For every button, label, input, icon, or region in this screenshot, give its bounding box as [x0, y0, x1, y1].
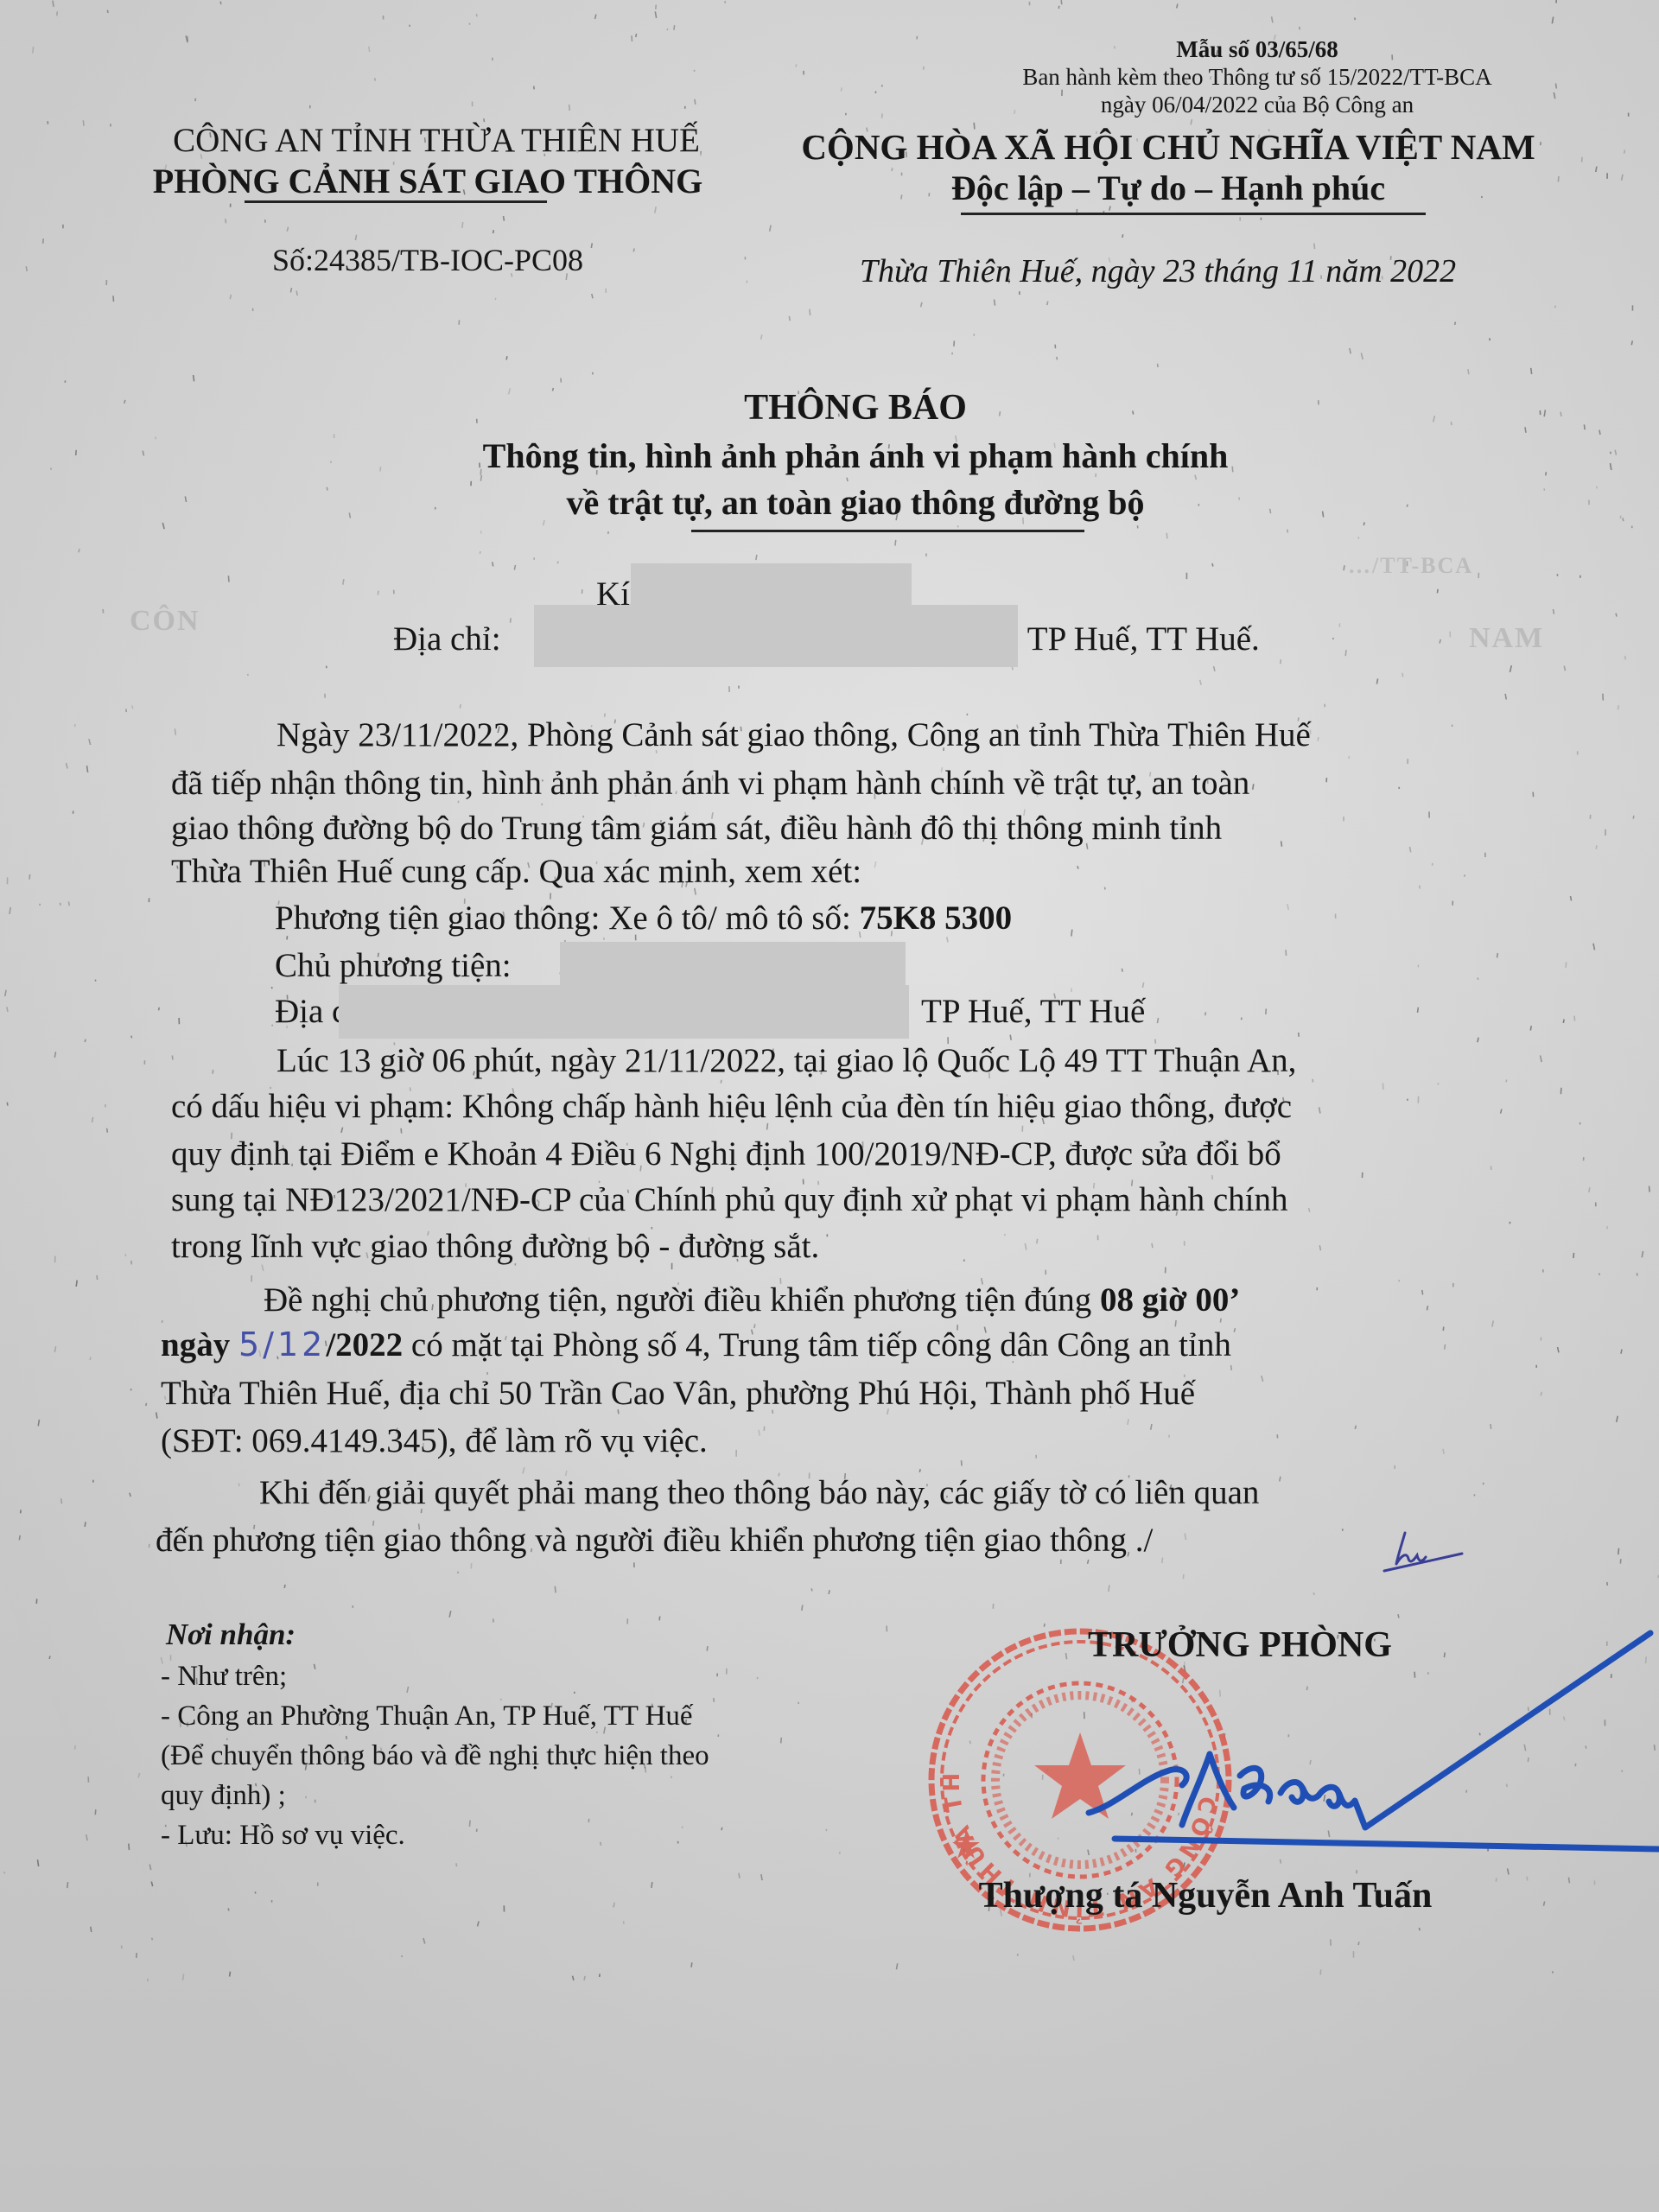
agency-parent: CÔNG AN TỈNH THỪA THIÊN HUẾ	[173, 121, 700, 160]
body-paragraph3-line: (SĐT: 069.4149.345), để làm rõ vụ việc.	[161, 1421, 708, 1460]
handwritten-month: 12	[277, 1325, 326, 1363]
body-paragraph2-line: có dấu hiệu vi phạm: Không chấp hành hiệ…	[171, 1087, 1292, 1126]
appointment-year: /2022	[326, 1326, 403, 1363]
nation-name: CỘNG HÒA XÃ HỘI CHỦ NGHĨA VIỆT NAM	[801, 126, 1535, 168]
body-paragraph2-line: quy định tại Điểm e Khoản 4 Điều 6 Nghị …	[171, 1135, 1281, 1173]
body-paragraph1-line: đã tiếp nhận thông tin, hình ảnh phản án…	[171, 764, 1249, 803]
vehicle-line: Phương tiện giao thông: Xe ô tô/ mô tô s…	[275, 899, 1012, 938]
agency-divider	[245, 200, 547, 203]
addressee-address-label: Địa chỉ:	[393, 620, 501, 658]
recipient-item: (Để chuyển thông báo và đề nghị thực hiệ…	[161, 1740, 709, 1772]
bleed-through-text: …/TT-BCA	[1348, 553, 1473, 579]
form-issued-with: Ban hành kèm theo Thông tư số 15/2022/TT…	[1022, 64, 1491, 91]
agency-department: PHÒNG CẢNH SÁT GIAO THÔNG	[153, 161, 702, 201]
recipient-item: quy định) ;	[161, 1780, 286, 1812]
redacted-address-box	[534, 605, 1018, 667]
title-divider	[691, 530, 1084, 532]
form-issued-date: ngày 06/04/2022 của Bộ Công an	[1101, 92, 1414, 118]
owner-address-suffix: TP Huế, TT Huế	[921, 992, 1145, 1031]
recipient-item: - Công an Phường Thuận An, TP Huế, TT Hu…	[161, 1700, 693, 1732]
body-paragraph2-line: sung tại NĐ123/2021/NĐ-CP của Chính phủ …	[171, 1180, 1288, 1219]
appointment-date-label: ngày	[161, 1326, 230, 1363]
addressee-address-suffix: , TP Huế, TT Huế.	[1011, 620, 1260, 658]
owner-label: Chủ phương tiện:	[275, 946, 512, 985]
document-subtitle-line2: về trật tự, an toàn giao thông đường bộ	[566, 482, 1144, 523]
redacted-owner-box	[560, 942, 906, 987]
body-paragraph4-line: đến phương tiện giao thông và người điều…	[156, 1521, 1153, 1560]
body-paragraph3-line: ngày 5/12/2022 có mặt tại Phòng số 4, Tr…	[161, 1325, 1231, 1364]
appointment-location-text: có mặt tại Phòng số 4, Trung tâm tiếp cô…	[403, 1326, 1231, 1363]
body-paragraph1-line: Ngày 23/11/2022, Phòng Cảnh sát giao thô…	[276, 715, 1311, 754]
body-paragraph2-line: Lúc 13 giờ 06 phút, ngày 21/11/2022, tại…	[276, 1041, 1296, 1080]
recipients-title: Nơi nhận:	[166, 1618, 296, 1652]
signature-icon	[1080, 1624, 1659, 1901]
document-number: Số:24385/TB-IOC-PC08	[272, 242, 583, 278]
handwritten-day: 5	[238, 1325, 263, 1363]
appointment-time: 08 giờ 00’	[1100, 1281, 1240, 1319]
body-paragraph3-line: Đề nghị chủ phương tiện, người điều khiể…	[264, 1281, 1240, 1319]
body-paragraph1-line: giao thông đường bộ do Trung tâm giám sá…	[171, 809, 1222, 848]
body-paragraph1-line: Thừa Thiên Huế cung cấp. Qua xác minh, x…	[171, 852, 861, 891]
document-subtitle-line1: Thông tin, hình ảnh phản ánh vi phạm hàn…	[483, 435, 1229, 476]
nation-motto: Độc lập – Tự do – Hạnh phúc	[951, 168, 1385, 208]
motto-divider	[961, 213, 1426, 215]
body-paragraph3-line: Thừa Thiên Huế, địa chỉ 50 Trần Cao Vân,…	[161, 1374, 1195, 1413]
recipient-item: - Lưu: Hồ sơ vụ việc.	[161, 1820, 405, 1852]
appointment-request-text: Đề nghị chủ phương tiện, người điều khiể…	[264, 1281, 1100, 1319]
bleed-through-text: NAM	[1469, 622, 1544, 655]
vehicle-label: Phương tiện giao thông: Xe ô tô/ mô tô s…	[275, 899, 851, 937]
document-title: THÔNG BÁO	[744, 387, 967, 429]
vehicle-plate: 75K8 5300	[860, 899, 1013, 937]
body-paragraph4-line: Khi đến giải quyết phải mang theo thông …	[259, 1473, 1259, 1512]
place-date: Thừa Thiên Huế, ngày 23 tháng 11 năm 202…	[860, 252, 1456, 290]
signer-name: Thượng tá Nguyễn Anh Tuấn	[979, 1875, 1433, 1916]
form-code: Mẫu số 03/65/68	[1176, 36, 1338, 63]
redacted-owner-address-box	[339, 985, 909, 1039]
body-paragraph2-line: trong lĩnh vực giao thông đường bộ - đườ…	[171, 1227, 819, 1266]
handwritten-initials-icon	[1381, 1526, 1467, 1578]
recipient-item: - Như trên;	[161, 1661, 287, 1693]
bleed-through-text: CÔN	[130, 605, 200, 638]
